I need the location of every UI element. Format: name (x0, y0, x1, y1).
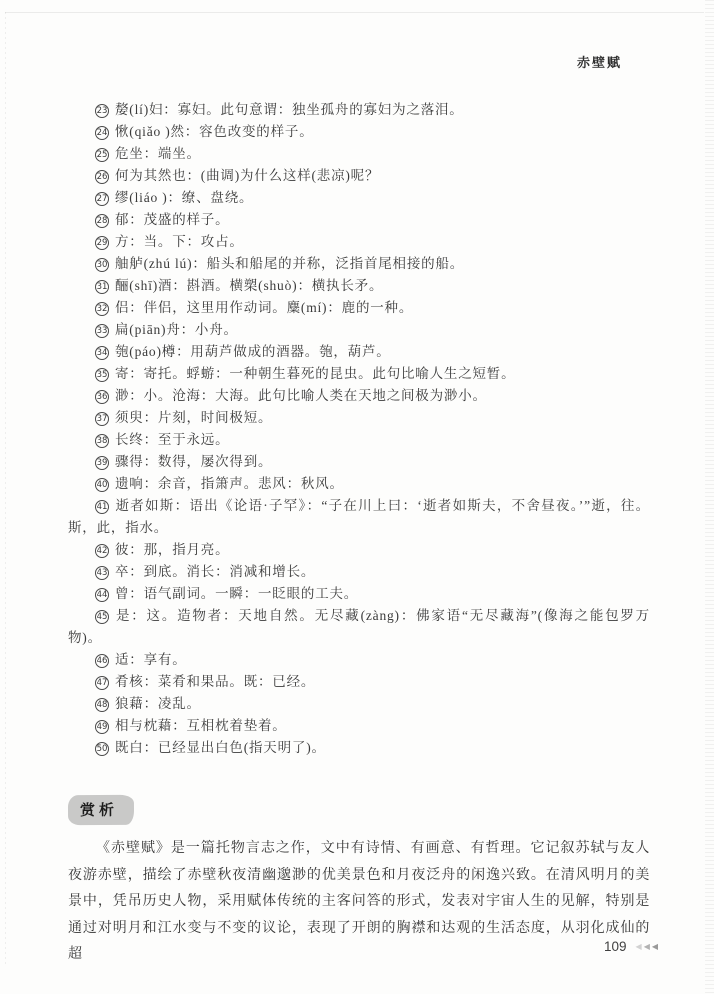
annotation-item: 39骤得：数得，屡次得到。 (68, 451, 650, 473)
annotation-item: 46适：享有。 (68, 649, 650, 671)
annotation-text: 危坐：端坐。 (115, 146, 201, 161)
annotation-text: 扁(piān)舟：小舟。 (115, 322, 238, 337)
annotation-text: 是：这。造物者：天地自然。无尽藏(zàng)：佛家语“无尽藏海”(像海之能包罗万… (68, 608, 650, 645)
annotation-item: 45是：这。造物者：天地自然。无尽藏(zàng)：佛家语“无尽藏海”(像海之能包… (68, 605, 650, 649)
analysis-section: 赏析 《赤壁赋》是一篇托物言志之作，文中有诗情、有画意、有哲理。它记叙苏轼与友人… (68, 795, 650, 969)
annotation-item: 26何为其然也：(曲调)为什么这样(悲凉)呢？ (68, 165, 650, 187)
annotation-item: 40遗响：余音，指箫声。悲风：秋风。 (68, 473, 650, 495)
circled-number: 28 (95, 214, 109, 228)
triangle-left-icon: ◀ (636, 943, 642, 951)
annotation-text: 舳舻(zhú lú)：船头和船尾的并称，泛指首尾相接的船。 (115, 256, 464, 271)
annotation-text: 方：当。下：攻占。 (115, 234, 244, 249)
annotation-item: 43卒：到底。消长：消减和增长。 (68, 561, 650, 583)
circled-number: 30 (95, 258, 109, 272)
circled-number: 42 (95, 544, 109, 558)
annotation-item: 37须臾：片刻，时间极短。 (68, 407, 650, 429)
annotation-text: 酾(shī)酒：斟酒。横槊(shuò)：横执长矛。 (115, 278, 383, 293)
annotation-text: 须臾：片刻，时间极短。 (115, 410, 272, 425)
annotation-text: 郁：茂盛的样子。 (115, 212, 229, 227)
annotation-item: 23嫠(lí)妇：寡妇。此句意谓：独坐孤舟的寡妇为之落泪。 (68, 99, 650, 121)
annotation-item: 32侣：伴侣，这里用作动词。麋(mí)：鹿的一种。 (68, 297, 650, 319)
circled-number: 38 (95, 434, 109, 448)
annotation-item: 25危坐：端坐。 (68, 143, 650, 165)
scan-edge (5, 12, 6, 966)
annotation-text: 匏(páo)樽：用葫芦做成的酒器。匏，葫芦。 (115, 344, 391, 359)
circled-number: 31 (95, 280, 109, 294)
annotation-item: 41逝者如斯：语出《论语·子罕》：“子在川上曰：‘逝者如斯夫，不舍昼夜。’”逝，… (68, 495, 650, 539)
annotation-text: 卒：到底。消长：消减和增长。 (115, 564, 315, 579)
annotation-text: 相与枕藉：互相枕着垫着。 (115, 718, 287, 733)
annotation-item: 24愀(qiǎo )然：容色改变的样子。 (68, 121, 650, 143)
annotation-text: 寄：寄托。蜉蝣：一种朝生暮死的昆虫。此句比喻人生之短暂。 (115, 366, 515, 381)
annotation-list: 23嫠(lí)妇：寡妇。此句意谓：独坐孤舟的寡妇为之落泪。24愀(qiǎo )然… (68, 99, 650, 759)
book-page: 赤壁赋 23嫠(lí)妇：寡妇。此句意谓：独坐孤舟的寡妇为之落泪。24愀(qiǎ… (0, 0, 714, 994)
circled-number: 41 (95, 500, 109, 514)
circled-number: 44 (95, 588, 109, 602)
annotation-item: 28郁：茂盛的样子。 (68, 209, 650, 231)
annotation-text: 曾：语气副词。一瞬：一眨眼的工夫。 (115, 586, 358, 601)
page-number: 109 (604, 939, 627, 954)
annotation-text: 长终：至于永远。 (115, 432, 229, 447)
circled-number: 34 (95, 346, 109, 360)
annotation-item: 36渺：小。沧海：大海。此句比喻人类在天地之间极为渺小。 (68, 385, 650, 407)
circled-number: 36 (95, 390, 109, 404)
running-head-title: 赤壁赋 (577, 52, 622, 71)
annotation-text: 狼藉：凌乱。 (115, 696, 201, 711)
footer-triangles-icon: ◀ ◀ ◀ (636, 943, 658, 951)
annotation-item: 33扁(piān)舟：小舟。 (68, 319, 650, 341)
annotation-item: 27缪(liáo )：缭、盘绕。 (68, 187, 650, 209)
circled-number: 48 (95, 698, 109, 712)
annotation-text: 逝者如斯：语出《论语·子罕》：“子在川上曰：‘逝者如斯夫，不舍昼夜。’”逝，往。… (68, 498, 650, 535)
circled-number: 29 (95, 236, 109, 250)
annotation-item: 49相与枕藉：互相枕着垫着。 (68, 715, 650, 737)
annotation-item: 47肴核：菜肴和果品。既：已经。 (68, 671, 650, 693)
circled-number: 40 (95, 478, 109, 492)
annotation-text: 既白：已经显出白色(指天明了)。 (115, 740, 326, 755)
circled-number: 43 (95, 566, 109, 580)
circled-number: 47 (95, 676, 109, 690)
annotation-text: 彼：那，指月亮。 (115, 542, 229, 557)
circled-number: 49 (95, 720, 109, 734)
circled-number: 33 (95, 324, 109, 338)
annotation-text: 渺：小。沧海：大海。此句比喻人类在天地之间极为渺小。 (115, 388, 487, 403)
annotation-item: 38长终：至于永远。 (68, 429, 650, 451)
annotation-item: 42彼：那，指月亮。 (68, 539, 650, 561)
annotation-item: 34匏(páo)樽：用葫芦做成的酒器。匏，葫芦。 (68, 341, 650, 363)
page-footer: 109 ◀ ◀ ◀ (604, 939, 658, 954)
circled-number: 39 (95, 456, 109, 470)
annotation-item: 35寄：寄托。蜉蝣：一种朝生暮死的昆虫。此句比喻人生之短暂。 (68, 363, 650, 385)
triangle-left-icon: ◀ (652, 943, 658, 951)
annotation-item: 31酾(shī)酒：斟酒。横槊(shuò)：横执长矛。 (68, 275, 650, 297)
triangle-left-icon: ◀ (644, 943, 650, 951)
circled-number: 24 (95, 126, 109, 140)
annotation-text: 何为其然也：(曲调)为什么这样(悲凉)呢？ (115, 168, 379, 183)
annotation-text: 嫠(lí)妇：寡妇。此句意谓：独坐孤舟的寡妇为之落泪。 (115, 102, 464, 117)
annotation-text: 遗响：余音，指箫声。悲风：秋风。 (115, 476, 344, 491)
circled-number: 27 (95, 192, 109, 206)
annotation-text: 愀(qiǎo )然：容色改变的样子。 (115, 124, 314, 139)
annotation-text: 适：享有。 (115, 652, 187, 667)
circled-number: 50 (95, 742, 109, 756)
annotation-text: 缪(liáo )：缭、盘绕。 (115, 190, 253, 205)
circled-number: 46 (95, 654, 109, 668)
circled-number: 25 (95, 148, 109, 162)
circled-number: 26 (95, 170, 109, 184)
circled-number: 32 (95, 302, 109, 316)
annotation-item: 44曾：语气副词。一瞬：一眨眼的工夫。 (68, 583, 650, 605)
annotation-text: 侣：伴侣，这里用作动词。麋(mí)：鹿的一种。 (115, 300, 413, 315)
circled-number: 35 (95, 368, 109, 382)
annotation-text: 肴核：菜肴和果品。既：已经。 (115, 674, 315, 689)
annotation-item: 48狼藉：凌乱。 (68, 693, 650, 715)
circled-number: 23 (95, 104, 109, 118)
annotation-item: 50既白：已经显出白色(指天明了)。 (68, 737, 650, 759)
analysis-paragraph: 《赤壁赋》是一篇托物言志之作，文中有诗情、有画意、有哲理。它记叙苏轼与友人夜游赤… (68, 836, 650, 969)
circled-number: 37 (95, 412, 109, 426)
circled-number: 45 (95, 610, 109, 624)
annotation-item: 30舳舻(zhú lú)：船头和船尾的并称，泛指首尾相接的船。 (68, 253, 650, 275)
annotation-text: 骤得：数得，屡次得到。 (115, 454, 272, 469)
annotation-item: 29方：当。下：攻占。 (68, 231, 650, 253)
analysis-heading-badge: 赏析 (68, 795, 134, 825)
